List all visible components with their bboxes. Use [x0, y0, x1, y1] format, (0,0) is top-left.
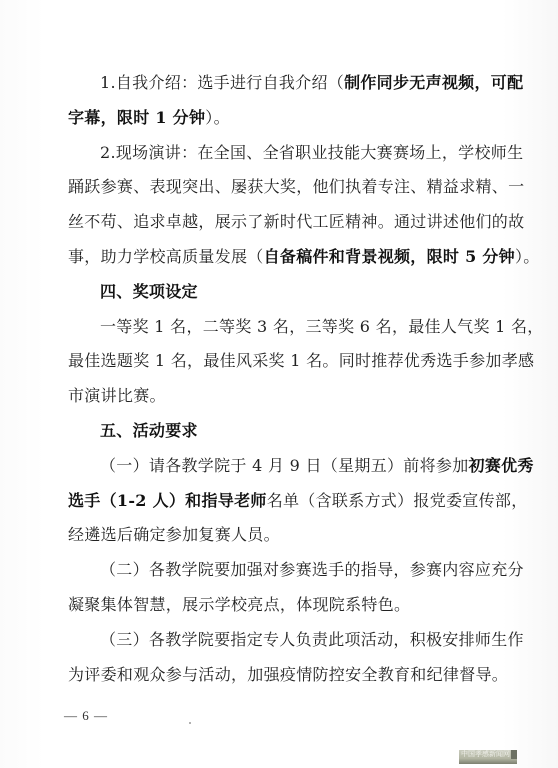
text-line: 2.现场演讲：在全国、全省职业技能大赛赛场上，学校师生 — [68, 136, 492, 171]
watermark-text: 中国孝感新闻网 — [461, 750, 510, 758]
text-line: 字幕，限时 1 分钟）。 — [68, 101, 492, 136]
watermark-logo: 中国孝感新闻网 — [459, 750, 517, 764]
bold-text-run: 制作同步无声视频，可配 — [344, 73, 523, 92]
requirement-item-2: （二）各教学院要加强对参赛选手的指导，参赛内容应充分 凝聚集体智慧，展示学校亮点… — [68, 553, 492, 623]
bold-text-run: 自备稿件和背景视频，限时 5 分钟 — [264, 247, 515, 266]
text-line: 为评委和观众参与活动，加强疫情防控安全教育和纪律督导。 — [68, 658, 492, 693]
text-run: ）。 — [515, 247, 540, 266]
bold-text-run: 初赛优秀 — [469, 456, 534, 475]
text-run: ）。 — [205, 108, 230, 127]
requirement-item-1: （一）请各教学院于 4 月 9 日（星期五）前将参加初赛优秀 选手（1-2 人）… — [68, 449, 492, 553]
watermark-icon — [511, 750, 517, 759]
text-line: 1.自我介绍：选手进行自我介绍（制作同步无声视频，可配 — [68, 66, 492, 101]
text-line: 事，助力学校高质量发展（自备稿件和背景视频，限时 5 分钟）。 — [68, 240, 492, 275]
section-requirements: 五、活动要求 （一）请各教学院于 4 月 9 日（星期五）前将参加初赛优秀 选手… — [68, 414, 492, 692]
section-heading-requirements: 五、活动要求 — [68, 414, 492, 449]
text-line: （三）各教学院要指定专人负责此项活动，积极安排师生作 — [68, 623, 492, 658]
item-self-introduction: 1.自我介绍：选手进行自我介绍（制作同步无声视频，可配 字幕，限时 1 分钟）。 — [68, 66, 492, 136]
text-line: 最佳选题奖 1 名，最佳风采奖 1 名。同时推荐优秀选手参加孝感 — [68, 344, 492, 379]
document-body: 1.自我介绍：选手进行自我介绍（制作同步无声视频，可配 字幕，限时 1 分钟）。… — [68, 66, 492, 692]
text-line: 市演讲比赛。 — [68, 379, 492, 414]
page-number: — 6 — — [64, 708, 108, 724]
text-line: （一）请各教学院于 4 月 9 日（星期五）前将参加初赛优秀 — [68, 449, 492, 484]
document-page: 1.自我介绍：选手进行自我介绍（制作同步无声视频，可配 字幕，限时 1 分钟）。… — [0, 0, 558, 768]
text-run: （一）请各教学院于 4 月 9 日（星期五）前将参加 — [100, 456, 469, 475]
text-line: 踊跃参赛、表现突出、屡获大奖，他们执着专注、精益求精、一 — [68, 170, 492, 205]
section-awards: 四、奖项设定 一等奖 1 名，二等奖 3 名，三等奖 6 名，最佳人气奖 1 名… — [68, 275, 492, 414]
text-line: 选手（1-2 人）和指导老师名单（含联系方式）报党委宣传部， — [68, 484, 492, 519]
text-line: 经遴选后确定参加复赛人员。 — [68, 518, 492, 553]
text-run: 1.自我介绍：选手进行自我介绍（ — [100, 73, 344, 92]
requirement-item-3: （三）各教学院要指定专人负责此项活动，积极安排师生作 为评委和观众参与活动，加强… — [68, 623, 492, 693]
text-run: 事，助力学校高质量发展（ — [68, 247, 264, 266]
text-line: 凝聚集体智慧，展示学校亮点，体现院系特色。 — [68, 588, 492, 623]
text-run: 名单（含联系方式）报党委宣传部， — [267, 491, 528, 510]
text-line: 一等奖 1 名，二等奖 3 名，三等奖 6 名，最佳人气奖 1 名， — [68, 310, 492, 345]
scan-speck — [189, 722, 191, 724]
bold-text-run: 字幕，限时 1 分钟 — [68, 108, 205, 127]
bold-text-run: 选手（1-2 人）和指导老师 — [68, 491, 267, 510]
text-line: 丝不苟、追求卓越，展示了新时代工匠精神。通过讲述他们的故 — [68, 205, 492, 240]
text-line: （二）各教学院要加强对参赛选手的指导，参赛内容应充分 — [68, 553, 492, 588]
section-heading-awards: 四、奖项设定 — [68, 275, 492, 310]
item-live-speech: 2.现场演讲：在全国、全省职业技能大赛赛场上，学校师生 踊跃参赛、表现突出、屡获… — [68, 136, 492, 275]
